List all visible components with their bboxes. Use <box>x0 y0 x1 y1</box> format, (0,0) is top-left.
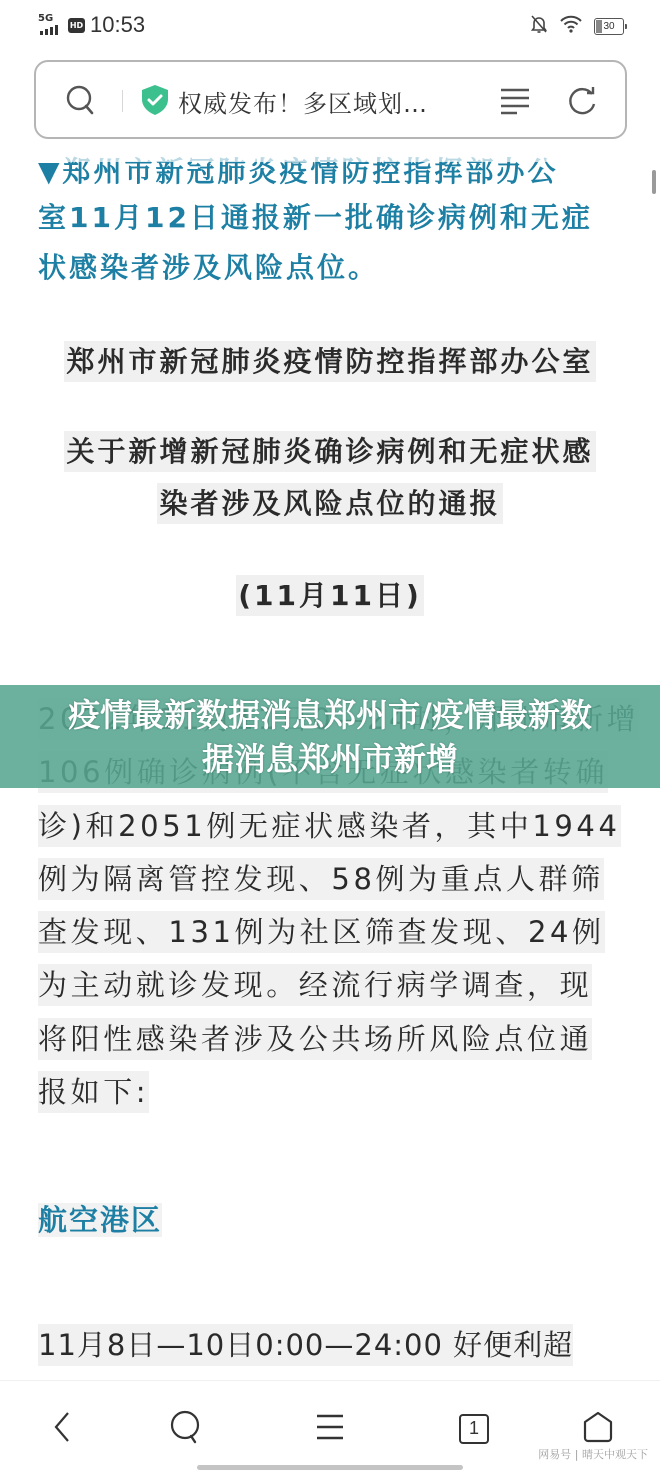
lead-line-3: 状感染者涉及风险点位。 <box>38 242 623 294</box>
tabs-icon: 1 <box>459 1414 489 1444</box>
search-icon <box>169 1409 203 1449</box>
back-icon <box>52 1410 72 1448</box>
hd-voice-icon: HD <box>68 18 85 33</box>
section-heading: 航空港区 <box>38 1198 162 1239</box>
body-line-4: 例为隔离管控发现、58例为重点人群筛 <box>38 858 623 900</box>
network-type: 5G <box>38 13 53 24</box>
notice-date: (11月11日) <box>0 574 660 614</box>
home-indicator[interactable] <box>197 1465 463 1470</box>
verified-shield-icon <box>140 84 170 120</box>
tab-count: 1 <box>469 1418 479 1438</box>
menu-button[interactable] <box>310 1409 350 1449</box>
org-title: 郑州市新冠肺炎疫情防控指挥部办公室 <box>0 340 660 380</box>
status-bar: 5G HD 10:53 30 <box>0 0 660 52</box>
wifi-icon <box>560 15 582 37</box>
battery-level: 30 <box>603 21 614 32</box>
back-button[interactable] <box>42 1409 82 1449</box>
banner-line-2: 据消息郑州市新增 <box>202 737 458 781</box>
clock: 10:53 <box>90 12 145 38</box>
home-button[interactable] <box>578 1409 618 1449</box>
body-line-3: 诊)和2051例无症状感染者，其中1944 <box>38 805 623 847</box>
body-line-6: 为主动就诊发现。经流行病学调查，现 <box>38 964 623 1006</box>
scrollbar[interactable] <box>652 170 656 194</box>
headline-banner: 疫情最新数据消息郑州市/疫情最新数 据消息郑州市新增 <box>0 685 660 788</box>
body-line-7: 将阳性感染者涉及公共场所风险点位通 <box>38 1018 623 1060</box>
detail-line: 11月8日—10日0:00—24:00 好便利超 <box>38 1324 623 1366</box>
banner-line-1: 疫情最新数据消息郑州市/疫情最新数 <box>68 693 592 737</box>
divider <box>122 90 123 112</box>
battery-icon: 30 <box>594 18 624 35</box>
menu-icon[interactable] <box>499 87 531 119</box>
page-title[interactable]: 权威发布！多区域划… <box>178 84 428 119</box>
reload-icon[interactable] <box>565 84 599 122</box>
search-button[interactable] <box>166 1409 206 1449</box>
tabs-button[interactable]: 1 <box>454 1409 494 1449</box>
body-line-8: 报如下: <box>38 1071 623 1113</box>
address-bar[interactable]: 权威发布！多区域划… <box>34 60 627 139</box>
lead-line-2: 室11月12日通报新一批确诊病例和无症 <box>38 192 623 244</box>
notifications-muted-icon <box>530 14 548 38</box>
notice-title-line-1: 关于新增新冠肺炎确诊病例和无症状感 <box>0 430 660 470</box>
search-icon[interactable] <box>64 83 98 121</box>
home-icon <box>582 1410 614 1448</box>
watermark: 网易号 | 晴天中观天下 <box>538 1446 648 1462</box>
body-line-5: 查发现、131例为社区筛查发现、24例 <box>38 911 623 953</box>
cellular-signal-icon: 5G <box>38 13 68 37</box>
menu-icon <box>315 1413 345 1445</box>
notice-title-line-2: 染者涉及风险点位的通报 <box>0 482 660 522</box>
